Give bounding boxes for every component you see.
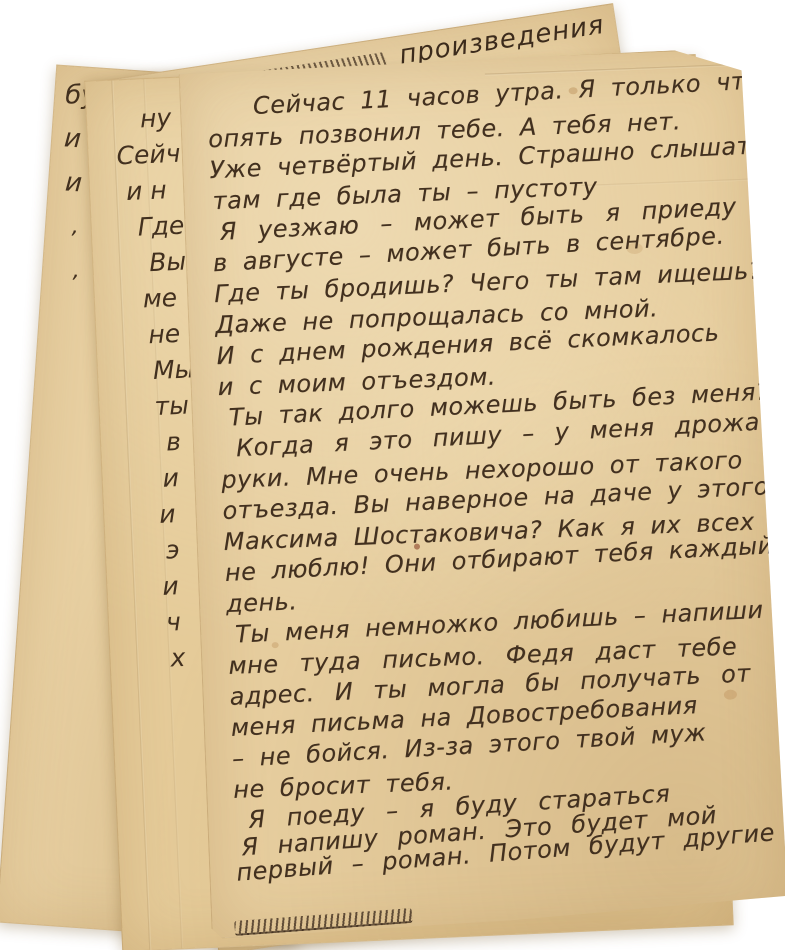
- handwriting-fragment: и н: [125, 171, 187, 210]
- handwriting-fragment: и: [158, 495, 201, 533]
- letter-body: Сейчас 11 часов утра. Я только что опять…: [206, 73, 775, 889]
- handwriting-fragment: ну: [139, 99, 184, 137]
- letter-photo: бу и и , , произведения ну Сейч и н Где …: [0, 0, 785, 950]
- handwriting-fragment: Сейч: [116, 135, 186, 174]
- handwriting-fragment: Где: [137, 207, 189, 245]
- handwriting-fragment: Вы: [149, 243, 191, 281]
- handwriting-fragment: Мы: [152, 351, 195, 389]
- handwriting-fragment: ,: [71, 249, 85, 294]
- handwriting-fragment: не: [148, 315, 194, 353]
- front-page-sheet: Сейчас 11 часов утра. Я только что опять…: [179, 47, 785, 939]
- handwriting-fragment: ты: [154, 387, 197, 425]
- handwriting-fragment: ме: [142, 279, 192, 317]
- handwriting-fragment: ,: [71, 205, 89, 250]
